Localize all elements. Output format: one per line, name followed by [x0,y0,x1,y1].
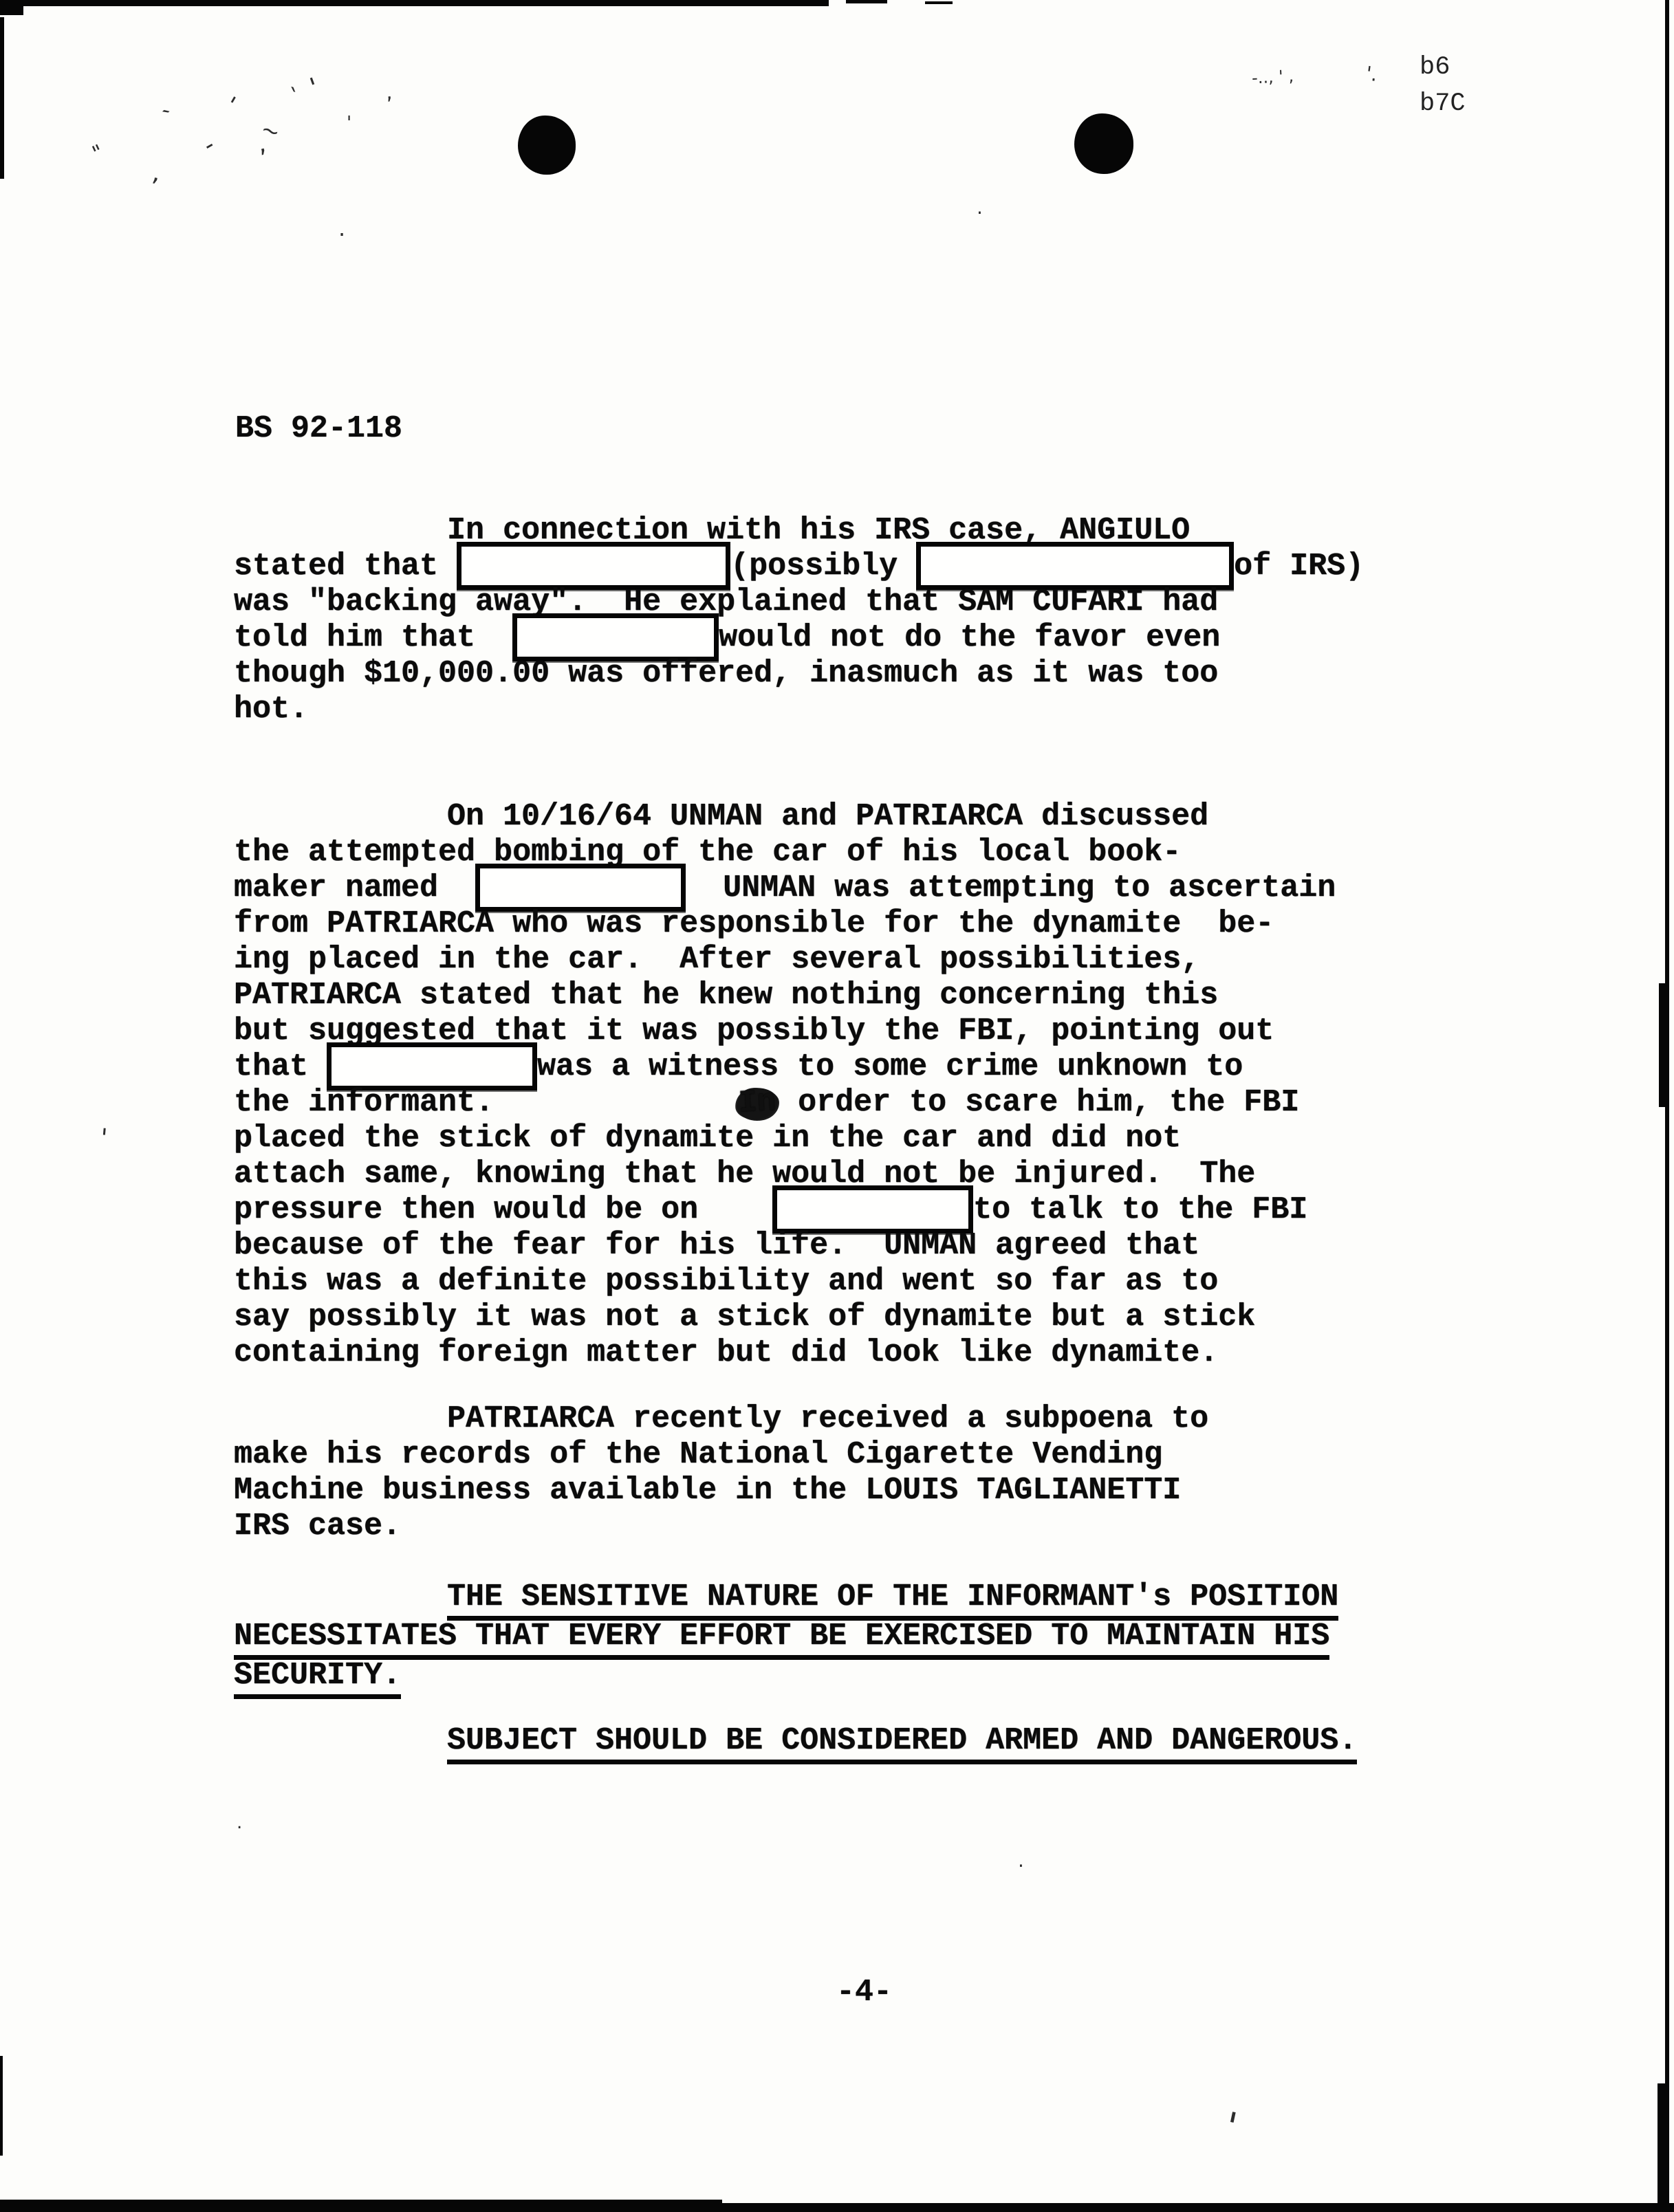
pencil-scribble: ' [347,114,351,132]
text-line: stated that (possibly of IRS) [234,549,1364,584]
text-line: say possibly it was not a stick of dynam… [234,1300,1336,1335]
text-line: make his records of the National Cigaret… [234,1437,1208,1473]
classification-codes: b6 b7C [1420,50,1466,122]
scan-edge-top-dash [846,0,887,3]
text-line: IRS case. [234,1509,1208,1544]
case-number: BS 92-118 [235,411,402,447]
text-line: SECURITY. [234,1656,1338,1695]
scan-edge-right-blob [1659,983,1666,1107]
pencil-scribble: " [89,142,107,164]
text-line: from PATRIARCA who was responsible for t… [234,906,1336,942]
pencil-scribble: '. [1365,64,1378,85]
text-line: containing foreign matter but did look l… [234,1335,1336,1371]
pencil-scribble: ' [221,94,239,117]
redaction-box [512,613,719,661]
paragraph-1: In connection with his IRS case, ANGIULO… [234,513,1364,727]
text-line: PATRIARCA stated that he knew nothing co… [234,978,1336,1014]
text-line: this was a definite possibility and went… [234,1264,1336,1300]
pencil-scribble: , [151,160,163,186]
classification-code-b6: b6 [1420,53,1450,82]
text-line: pressure then would be on to talk to the… [234,1192,1336,1228]
paragraph-2: On 10/16/64 UNMAN and PATRIARCA discusse… [234,799,1336,1371]
pencil-scribble: . [338,217,345,239]
underlined-text: SECURITY. [234,1658,401,1699]
text-line: the attempted bombing of the car of his … [234,835,1336,870]
pencil-scribble: ` [283,85,301,111]
scan-edge-top-dash [925,1,953,4]
scan-edge-top [21,0,829,6]
text-line: Machine business available in the LOUIS … [234,1473,1208,1509]
pencil-scribble: ' [1221,2107,1240,2147]
text-line: because of the fear for his life. UNMAN … [234,1228,1336,1264]
paragraph-5: SUBJECT SHOULD BE CONSIDERED ARMED AND D… [234,1723,1357,1759]
classification-code-b7c: b7C [1420,89,1466,118]
hole-punch-mark [518,116,576,175]
redaction-box [772,1185,973,1234]
pencil-scribble: ` [161,105,186,131]
underlined-text: SUBJECT SHOULD BE CONSIDERED ARMED AND D… [447,1723,1357,1764]
underlined-text: NECESSITATES THAT EVERY EFFORT BE EXERCI… [234,1619,1329,1660]
pencil-scribble: . [977,198,983,217]
text-line: ing placed in the car. After several pos… [234,942,1336,978]
scan-edge-left [0,2056,3,2156]
text-line: though $10,000.00 was offered, inasmuch … [234,656,1364,692]
text-line: told him that would not do the favor eve… [234,620,1364,656]
pencil-scribble: ' [307,74,323,100]
paragraph-3: PATRIARCA recently received a subpoena t… [234,1401,1208,1544]
redaction-box [327,1042,537,1091]
paragraph-4: THE SENSITIVE NATURE OF THE INFORMANT's … [234,1577,1338,1695]
text-line: placed the stick of dynamite in the car … [234,1121,1336,1157]
text-line: was "backing away". He explained that SA… [234,584,1364,620]
text-line: SUBJECT SHOULD BE CONSIDERED ARMED AND D… [234,1723,1357,1759]
pencil-scribble: ' [193,140,216,157]
text-line: hot. [234,692,1364,727]
pencil-scribble: , [383,82,393,103]
document-page: '`'`,~,'",'..'..-.., ' ,'.' b6 b7C BS 92… [0,0,1674,2212]
pencil-scribble: . [1018,1851,1024,1870]
text-line: On 10/16/64 UNMAN and PATRIARCA discusse… [234,799,1336,835]
redaction-box [916,542,1234,590]
text-line: NECESSITATES THAT EVERY EFFORT BE EXERCI… [234,1617,1338,1656]
scan-edge-right-blob [1657,2083,1667,2212]
scan-edge-top-corner [0,0,23,15]
scan-edge-left [0,17,4,179]
pencil-scribble: -.., ' , [1251,67,1294,86]
redaction-box [475,864,686,912]
text-line: PATRIARCA recently received a subpoena t… [234,1401,1208,1437]
redaction-box [457,542,730,590]
text-line: the informant. In order to scare him, th… [234,1085,1336,1121]
pencil-scribble: . [237,1814,242,1832]
text-line: that was a witness to some crime unknown… [234,1049,1336,1085]
scan-edge-bottom [0,2200,722,2205]
page-number: -4- [836,1975,892,2010]
smudged-overstrike-text: In [736,1086,779,1120]
text-line: maker named UNMAN was attempting to asce… [234,870,1336,906]
pencil-scribble: ' [99,1126,108,1152]
hole-punch-mark [1074,113,1133,174]
underlined-text: THE SENSITIVE NATURE OF THE INFORMANT's … [447,1579,1338,1621]
text-line: THE SENSITIVE NATURE OF THE INFORMANT's … [234,1577,1338,1617]
